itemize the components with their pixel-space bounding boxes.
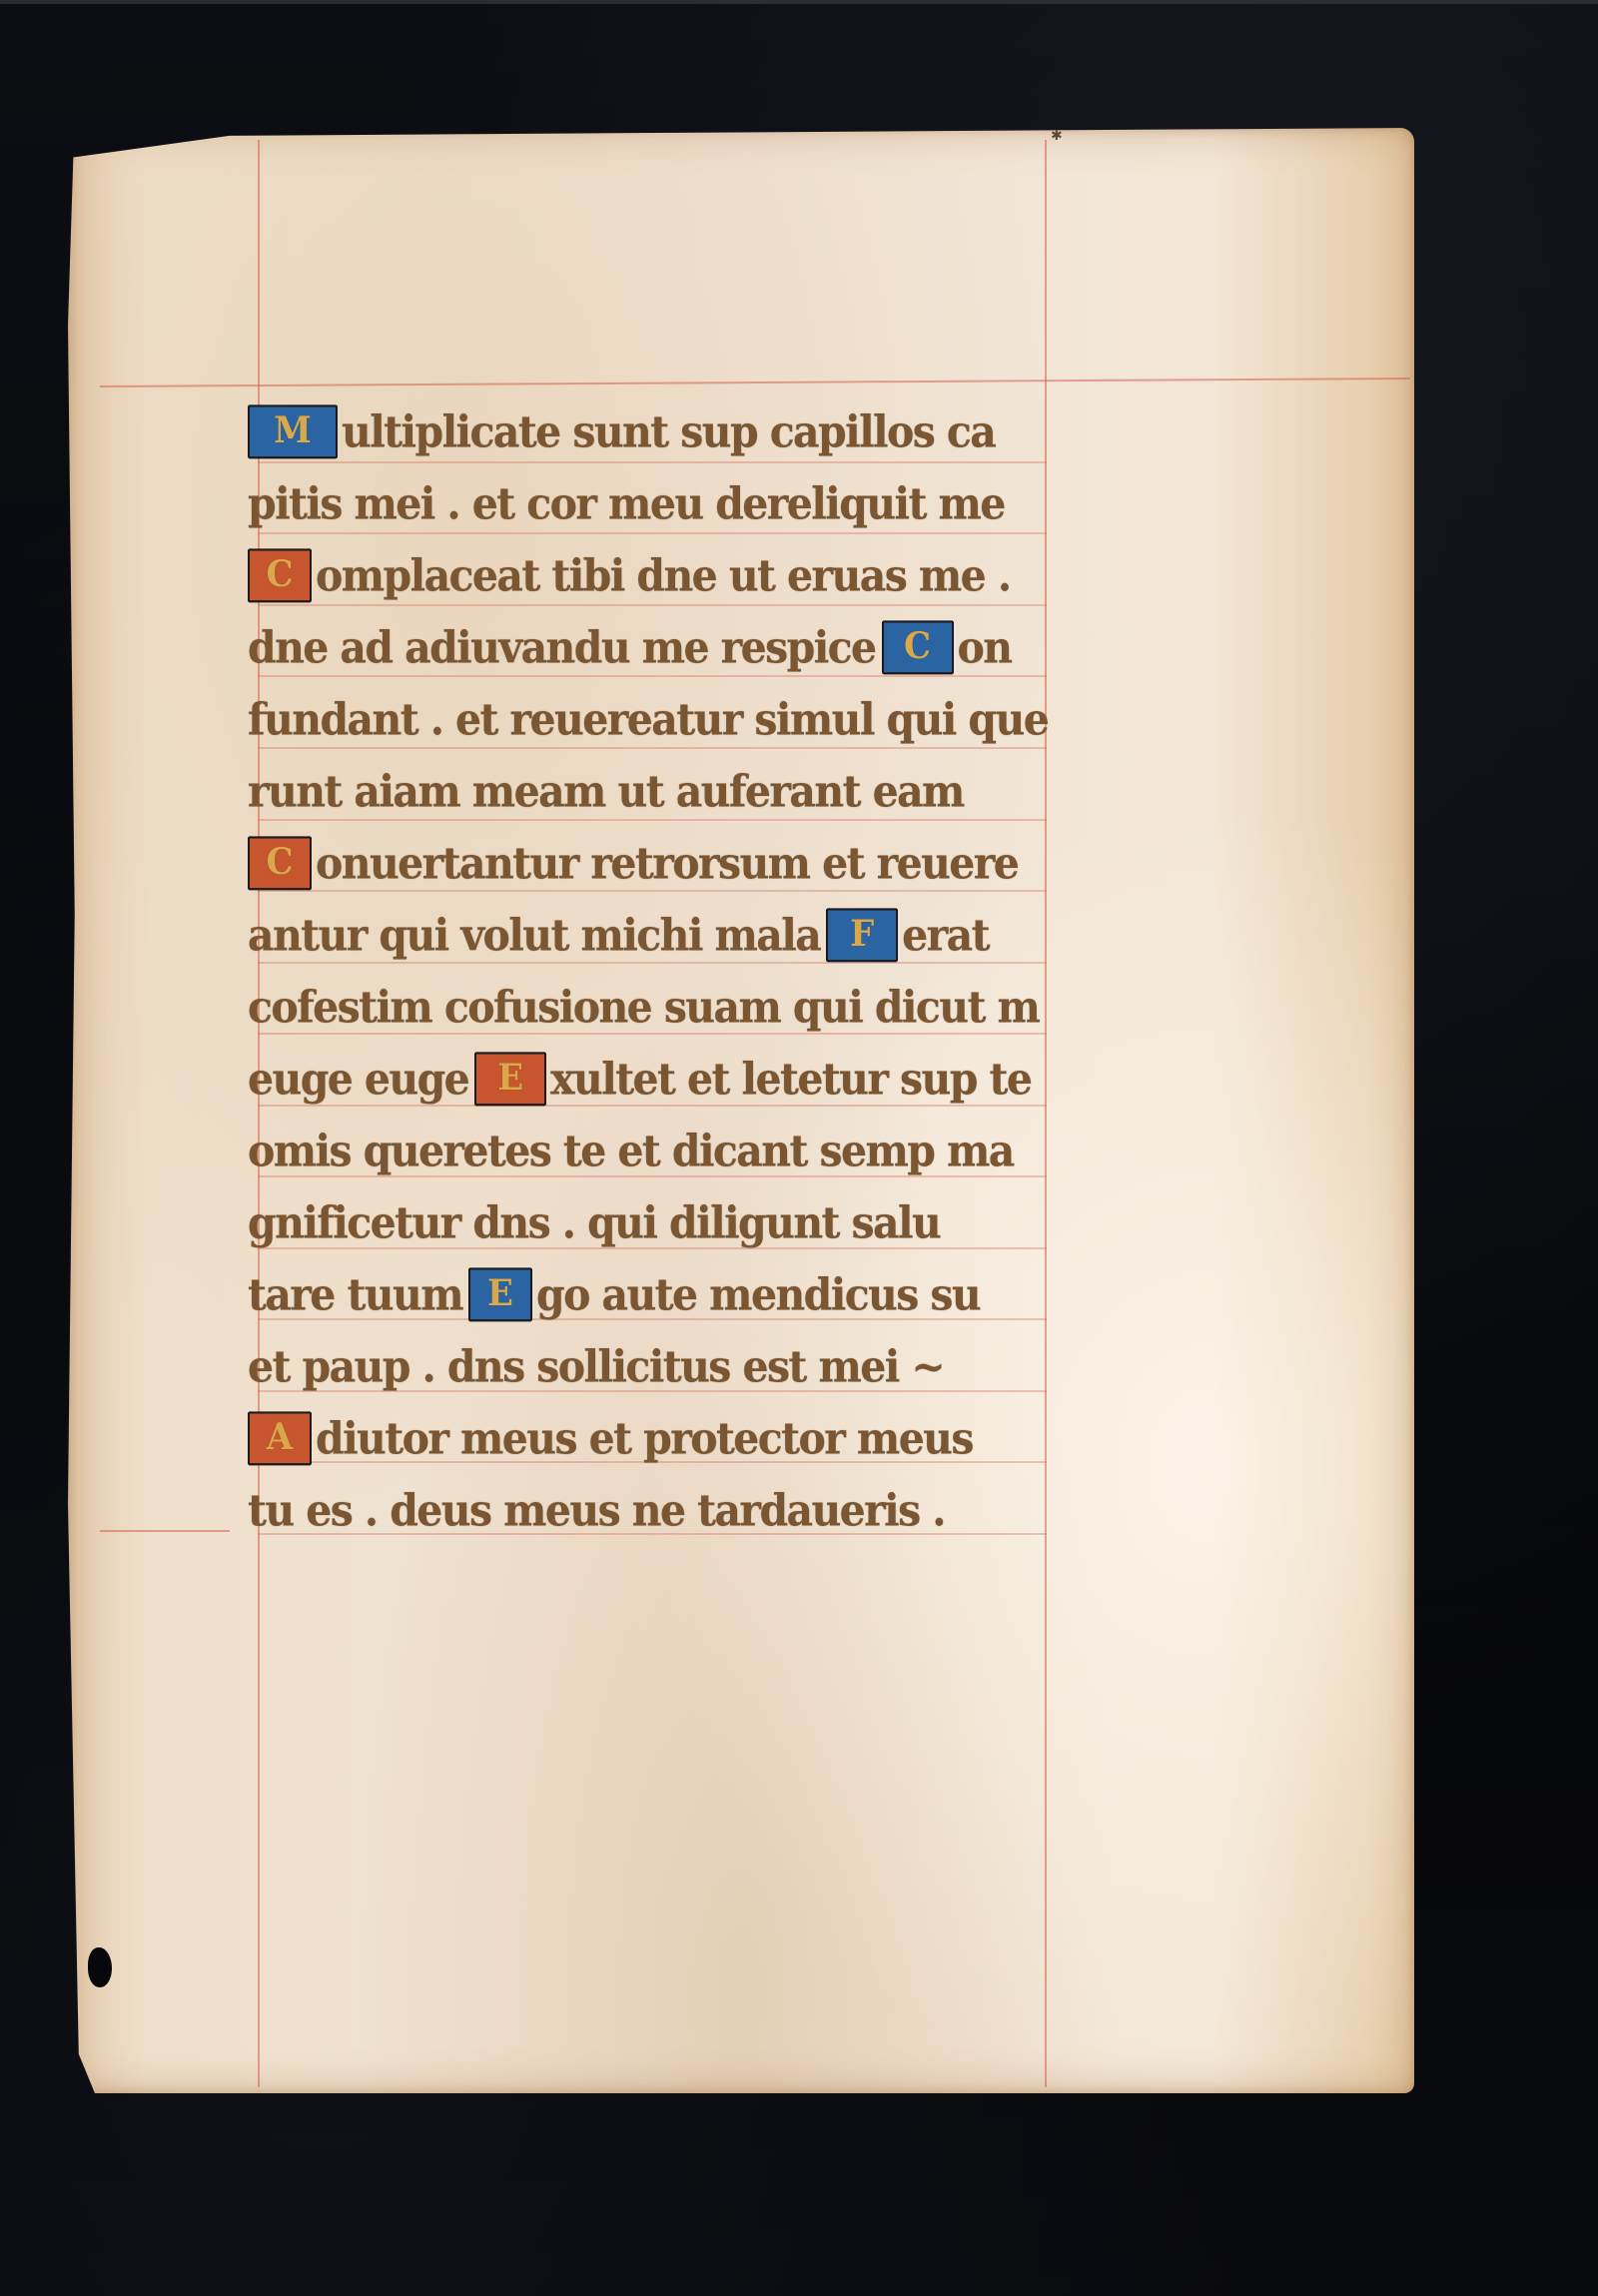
ruling-margin-mark — [100, 1530, 230, 1532]
text-line-3: Complaceat tibi dne ut eruas me . — [248, 532, 1067, 610]
text-line-14: et paup . dns sollicitus est mei ~ — [248, 1323, 1067, 1401]
text-line-2: pitis mei . et cor meu dereliquit me — [248, 460, 1067, 538]
illuminated-initial-a: A — [248, 1411, 312, 1465]
ink-mark: ✱ — [1051, 128, 1065, 142]
text-line-1: Multiplicate sunt sup capillos ca — [248, 388, 1067, 466]
illuminated-initial-e: E — [474, 1052, 546, 1106]
parchment-hole — [88, 1947, 112, 1987]
illuminated-initial-e: E — [468, 1267, 532, 1321]
text-line-12: gnificetur dns . qui diligunt salu — [248, 1179, 1067, 1257]
text-line-9: cofestim cofusione suam qui dicut m — [248, 964, 1067, 1042]
illuminated-initial-c: C — [248, 836, 312, 890]
text-line-10: euge eugeExultet et letetur sup te — [248, 1036, 1067, 1114]
text-line-4: dne ad adiuvandu me respiceCon — [248, 604, 1067, 682]
text-line-7: Conuertantur retrorsum et reuere — [248, 820, 1067, 898]
text-line-16: tu es . deus meus ne tardaueris . — [248, 1467, 1067, 1545]
text-line-8: antur qui volut michi malaFerat — [248, 892, 1067, 970]
illuminated-initial-m: M — [248, 404, 338, 458]
text-line-6: runt aiam meam ut auferant eam — [248, 748, 1067, 826]
text-line-15: Adiutor meus et protector meus — [248, 1395, 1067, 1473]
text-line-13: tare tuumEgo aute mendicus su — [248, 1251, 1067, 1329]
illuminated-initial-f: F — [826, 908, 898, 962]
scan-edge — [0, 0, 1598, 4]
manuscript-text: Multiplicate sunt sup capillos ca pitis … — [248, 391, 1067, 1542]
illuminated-initial-c: C — [882, 620, 954, 674]
text-line-5: fundant . et reuereatur simul qui que — [248, 676, 1067, 754]
illuminated-initial-c: C — [248, 548, 312, 602]
text-line-11: omis queretes te et dicant semp ma — [248, 1108, 1067, 1185]
